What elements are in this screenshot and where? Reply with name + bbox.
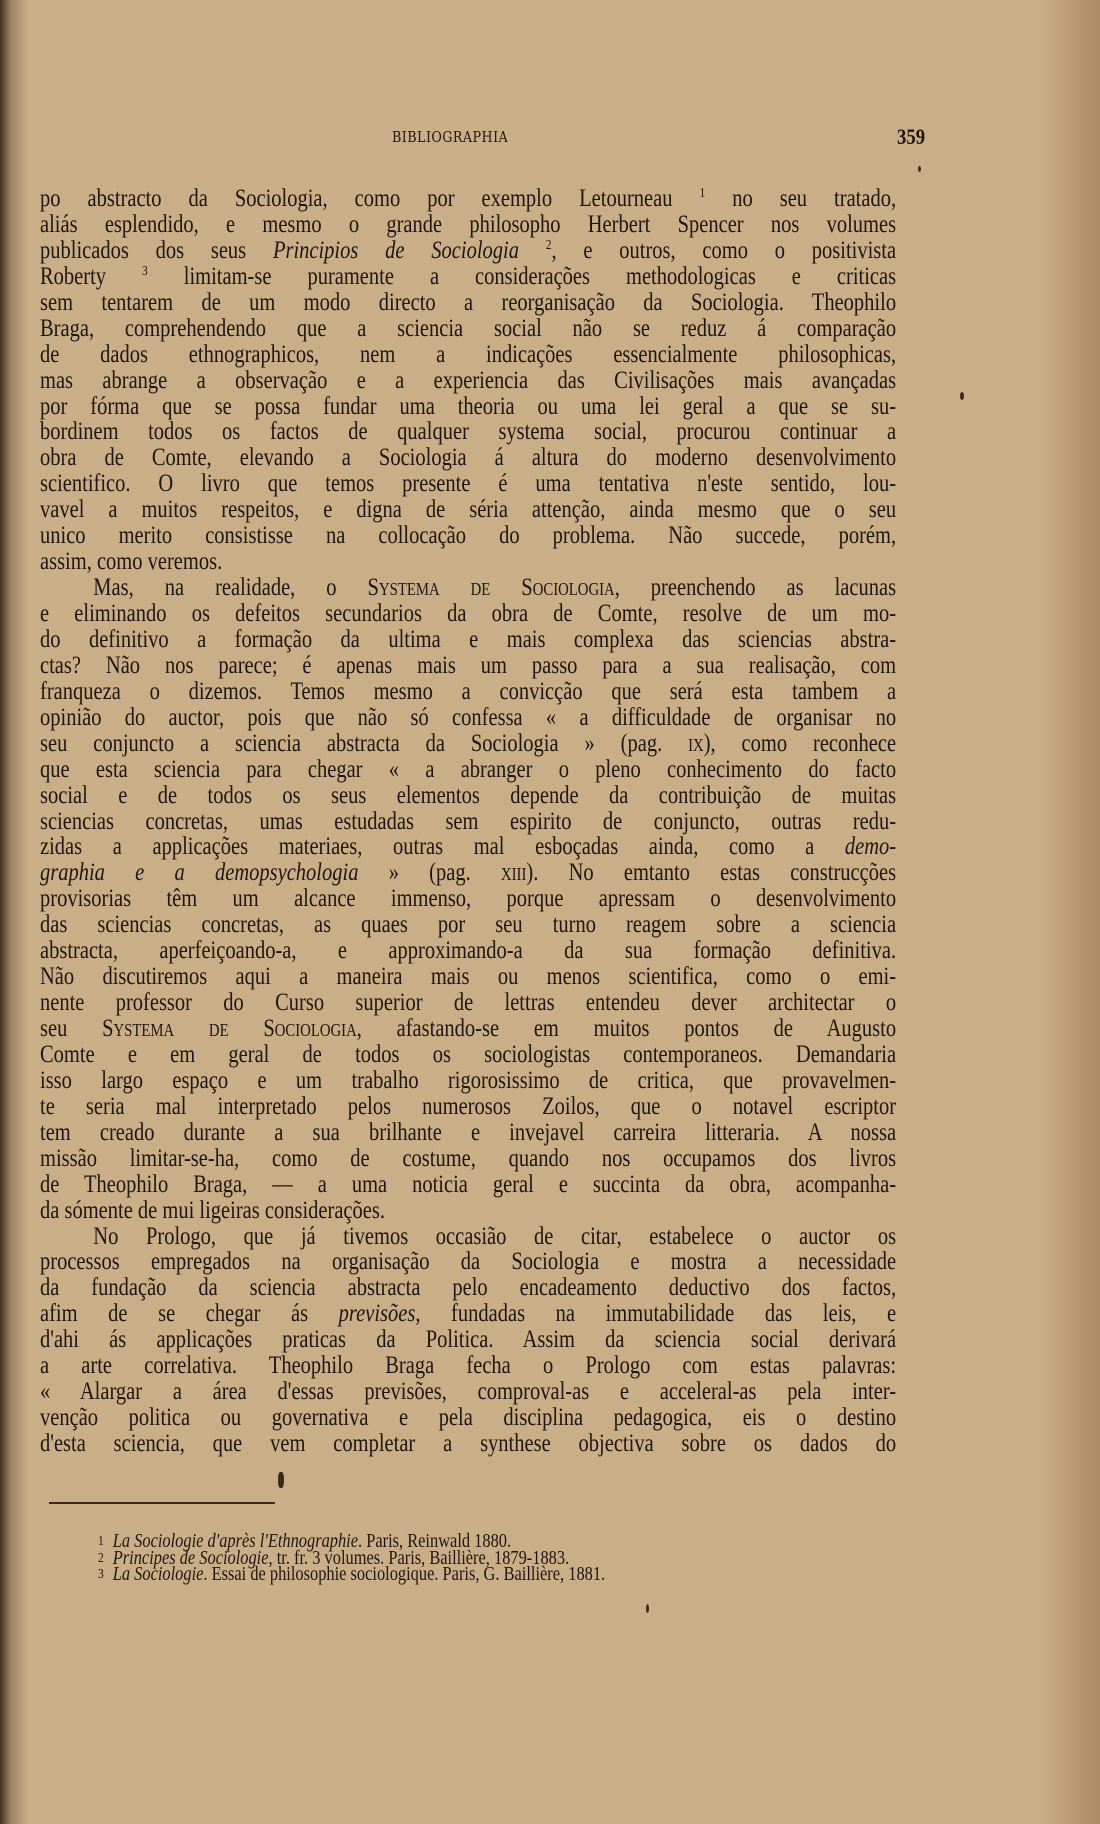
text-line: processos empregados na organisação da S… [40, 1249, 896, 1275]
text-line: de dados ethnographicos, nem a indicaçõe… [40, 342, 896, 368]
text-line: Não discutiremos aqui a maneira mais ou … [40, 964, 896, 990]
text-line: da fundação da sciencia abstracta pelo e… [40, 1275, 896, 1301]
text-line: bordinem todos os factos de qualquer sys… [40, 419, 896, 445]
footnote-3: 3La Sociologie. Essai de philosophie soc… [98, 1566, 770, 1583]
page-number: 359 [897, 124, 925, 150]
text-line: franqueza o dizemos. Temos mesmo a convi… [40, 679, 896, 705]
text-line: publicados dos seus Principios de Sociol… [40, 238, 896, 264]
body-text: po abstracto da Sociologia, como por exe… [40, 186, 896, 1457]
text-line: sem tentarem de um modo directo a reorga… [40, 290, 896, 316]
text-line: Braga, comprehendendo que a sciencia soc… [40, 316, 896, 342]
text-line: sciencias concretas, umas estudadas sem … [40, 809, 896, 835]
text-line: que esta sciencia para chegar « a abrang… [40, 757, 896, 783]
text-line: seu conjuncto a sciencia abstracta da So… [40, 731, 896, 757]
text-line: social e de todos os seus elementos depe… [40, 783, 896, 809]
book-page: BIBLIOGRAPHIA 359 po abstracto da Sociol… [0, 0, 1100, 1824]
text-line: por fórma que se possa fundar uma theori… [40, 394, 896, 420]
text-line: da sómente de mui ligeiras considerações… [40, 1198, 896, 1224]
text-line: missão limitar-se-ha, como de costume, q… [40, 1146, 896, 1172]
text-line: te seria mal interpretado pelos numeroso… [40, 1094, 896, 1120]
text-line: assim, como veremos. [40, 549, 896, 575]
text-line: venção politica ou governativa e pela di… [40, 1405, 896, 1431]
text-line: Comte e em geral de todos os sociologist… [40, 1042, 896, 1068]
text-line: a arte correlativa. Theophilo Braga fech… [40, 1353, 896, 1379]
page-header: BIBLIOGRAPHIA 359 [40, 124, 896, 148]
text-line: graphia e a demopsychologia » (pag. xiii… [40, 860, 896, 886]
text-line: « Alargar a área d'essas previsões, comp… [40, 1379, 896, 1405]
text-line: vavel a muitos respeitos, e digna de sér… [40, 497, 896, 523]
text-line: nente professor do Curso superior de let… [40, 990, 896, 1016]
text-line: mas abrange a observação e a experiencia… [40, 368, 896, 394]
footnotes: 1La Sociologie d'après l'Ethnographie. P… [98, 1533, 918, 1583]
paper-speck [278, 1472, 284, 1488]
text-line: No Prologo, que já tivemos occasião de c… [40, 1224, 896, 1250]
text-line: d'esta sciencia, que vem completar a syn… [40, 1431, 896, 1457]
text-line: isso largo espaço e um trabalho rigorosi… [40, 1068, 896, 1094]
text-line: tem creado durante a sua brilhante e inv… [40, 1120, 896, 1146]
text-line: Roberty 3 limitam-se puramente a conside… [40, 264, 896, 290]
text-line: scientifico. O livro que temos presente … [40, 471, 896, 497]
text-line: aliás esplendido, e mesmo o grande philo… [40, 212, 896, 238]
text-line: de Theophilo Braga, — a uma noticia gera… [40, 1172, 896, 1198]
text-line: Mas, na realidade, o Systema de Sociolog… [40, 575, 896, 601]
text-line: d'ahi ás applicações praticas da Politic… [40, 1327, 896, 1353]
text-line: zidas a applicações materiaes, outras ma… [40, 834, 896, 860]
text-line: afim de se chegar ás previsões, fundadas… [40, 1301, 896, 1327]
text-line: ctas? Não nos parece; é apenas mais um p… [40, 653, 896, 679]
running-head: BIBLIOGRAPHIA [392, 128, 508, 146]
text-line: po abstracto da Sociologia, como por exe… [40, 186, 896, 212]
text-line: do definitivo a formação da ultima e mai… [40, 627, 896, 653]
text-line: opinião do auctor, pois que não só confe… [40, 705, 896, 731]
text-line: abstracta, aperfeiçoando-a, e approximan… [40, 938, 896, 964]
text-line: unico merito consistisse na collocação d… [40, 523, 896, 549]
paper-speck [918, 166, 921, 172]
footnote-divider [49, 1502, 275, 1504]
text-line: seu Systema de Sociologia, afastando-se … [40, 1016, 896, 1042]
paper-speck [960, 392, 964, 400]
text-line: das sciencias concretas, as quaes por se… [40, 912, 896, 938]
paper-speck [646, 1604, 649, 1613]
text-line: provisorias têm um alcance immenso, porq… [40, 886, 896, 912]
text-line: obra de Comte, elevando a Sociologia á a… [40, 445, 896, 471]
text-line: e eliminando os defeitos secundarios da … [40, 601, 896, 627]
